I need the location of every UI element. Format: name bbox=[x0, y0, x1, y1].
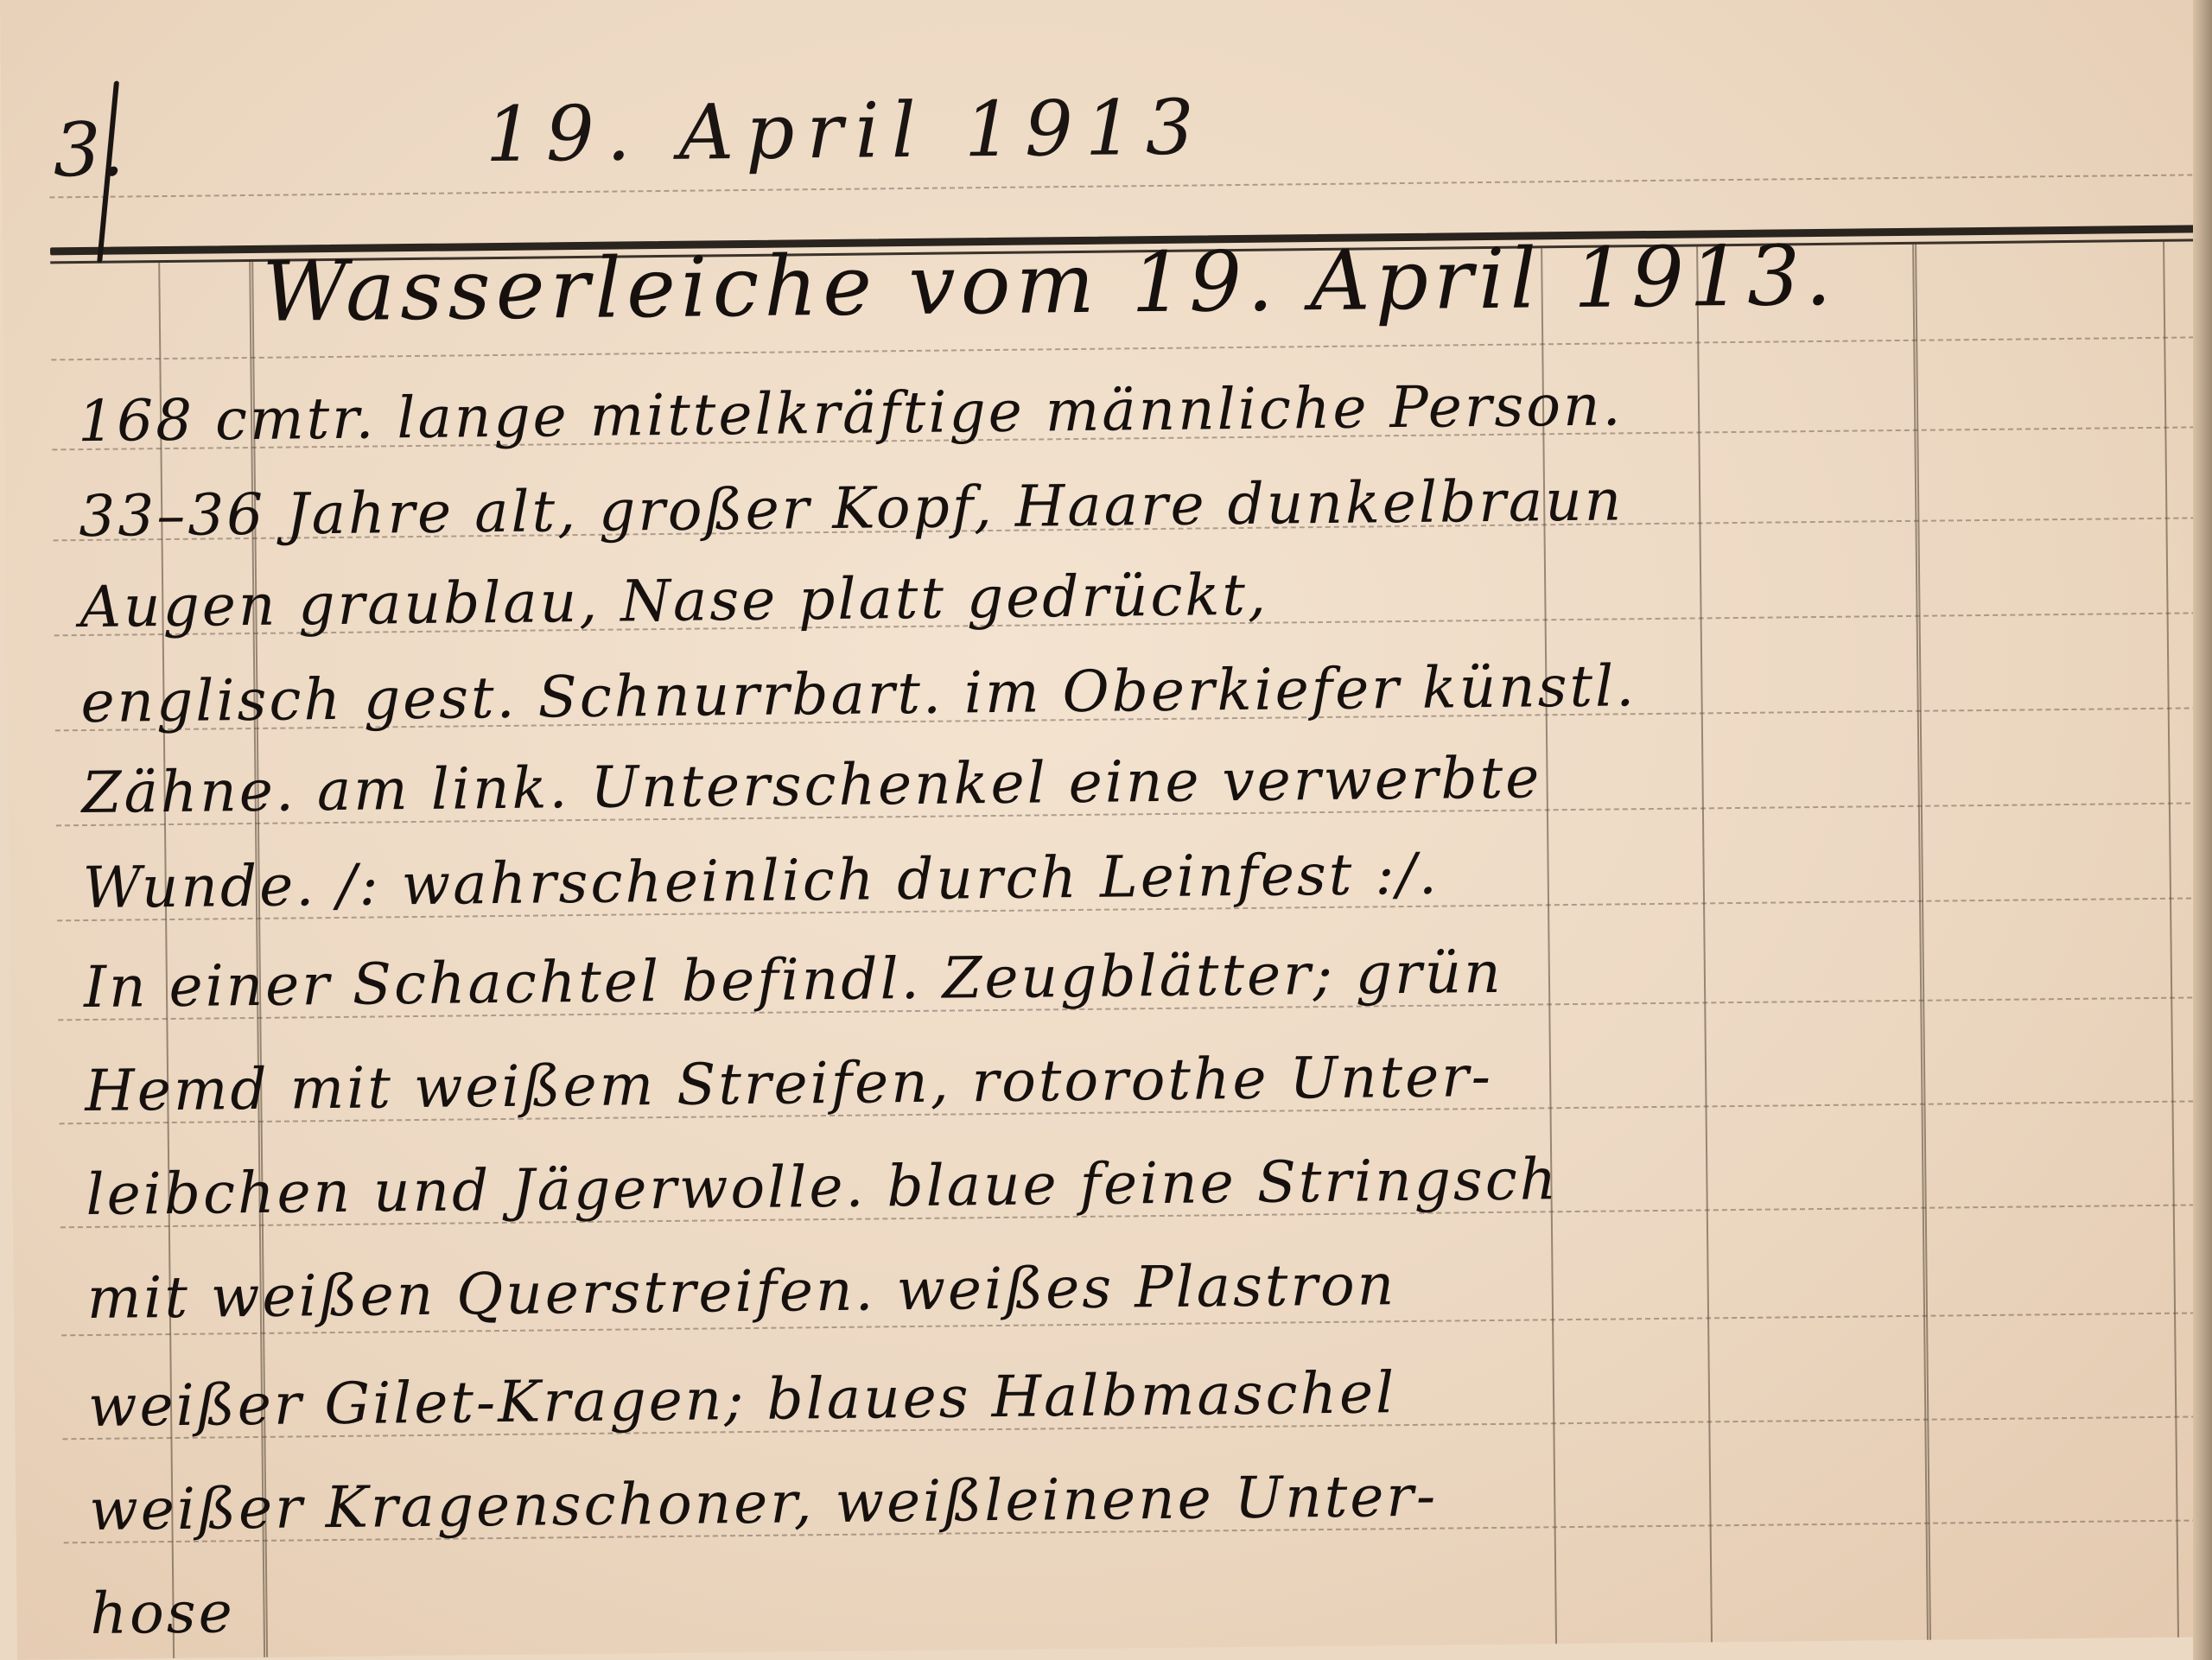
text-line: Hemd mit weißem Streifen, rotorothe Unte… bbox=[85, 1043, 1494, 1124]
entry-title: Wasserleiche vom 19. April 1913. bbox=[262, 227, 1837, 340]
header-date: 19. April 1913 bbox=[485, 82, 1206, 179]
ledger-page: 3. 19. April 1913 Wasserleiche vom 19. A… bbox=[0, 0, 2212, 1660]
text-line: weißer Gilet-Kragen; blaues Halbmaschel bbox=[88, 1359, 1397, 1440]
guide-line bbox=[49, 174, 2212, 198]
column-line bbox=[1912, 245, 1931, 1640]
column-line bbox=[1541, 248, 1557, 1644]
text-line: mit weißen Querstreifen. weißes Plastron bbox=[86, 1251, 1396, 1332]
text-line: 168 cmtr. lange mittelkräftige männliche… bbox=[78, 372, 1624, 455]
guide-line bbox=[51, 336, 2212, 360]
text-line: Zähne. am link. Unterschenkel eine verwe… bbox=[81, 744, 1541, 826]
page-edge bbox=[2193, 0, 2212, 1660]
text-line: weißer Kragenschoner, weißleinene Unter- bbox=[89, 1463, 1439, 1543]
column-line bbox=[1696, 246, 1713, 1642]
column-line bbox=[2163, 242, 2179, 1638]
text-line: hose bbox=[90, 1579, 235, 1647]
text-line: englisch gest. Schnurrbart. im Oberkiefe… bbox=[80, 652, 1637, 735]
text-line: In einer Schachtel befindl. Zeugblätter;… bbox=[84, 939, 1503, 1021]
text-line: 33–36 Jahre alt, großer Kopf, Haare dunk… bbox=[79, 467, 1624, 550]
text-line: leibchen und Jägerwolle. blaue feine Str… bbox=[86, 1146, 1560, 1228]
text-line: Augen graublau, Nase platt gedrückt, bbox=[79, 562, 1268, 640]
text-line: Wunde. /: wahrscheinlich durch Leinfest … bbox=[82, 841, 1440, 921]
